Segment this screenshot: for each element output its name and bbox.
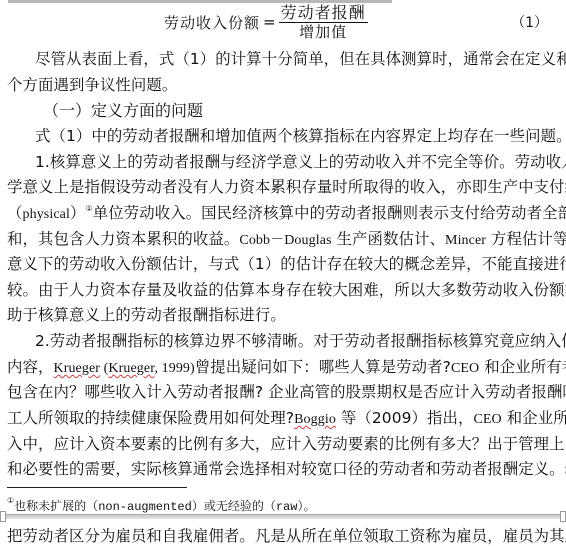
paragraph-line: 式（1）中的劳动者报酬和增加值两个核算指标在内容界定上均存在一些问题。具体是： [35,124,566,146]
paragraph-line: 个方面遇到争议性问题。 [7,73,177,95]
formula-numerator: 劳动者报酬 [279,4,368,23]
labor-share-formula: 劳动收入份额 = 劳动者报酬 增加值 [164,4,368,40]
spellcheck-word-boggio[interactable]: Boggio [294,412,336,427]
text-run: （ [7,204,23,222]
paragraph-line: 和必要性的需要，实际核算通常会选择相对较宽口径的劳动者和劳动者报酬定义。SNA1… [7,457,566,479]
text-run: 曾提出疑问如下：哪些人算是劳动者? [195,358,451,376]
text-run: 和企业所有者的收 [502,409,566,427]
text-run: 内容， [7,358,53,376]
page-break-separator [0,514,566,519]
term-raw: raw [276,500,298,514]
paragraph-line: 把劳动者区分为雇员和自我雇佣者。凡是从所在单位领取工资称为雇员，雇员为其所在单位 [7,524,566,546]
text-run: 和，其包含人力资本累积的收益。 [7,230,239,248]
formula-fraction: 劳动者报酬 增加值 [279,4,368,41]
text-run: 生产函数估计、 [332,230,445,248]
term-ceo: CEO [473,412,501,427]
formula-equals: = [263,13,276,31]
text-run: 工人所领取的持续健康保险费用如何处理? [7,409,294,427]
paragraph-line: 入中，应计入资本要素的比例有多大，应计入劳动要素的比例有多大？出于管理上的便利性 [7,432,566,454]
spellcheck-word-krueger[interactable]: Krueger [53,361,100,376]
paragraph-line: 工人所领取的持续健康保险费用如何处理?Boggio 等（2009）指出，CEO … [7,406,566,428]
text-run: 也称未扩展的（ [14,499,98,513]
paragraph-line: 包含在内？哪些收入计入劳动者报酬? 企业高管的股票期权是否应计入劳动者报酬吗?退… [7,380,566,402]
section-heading: （一）定义方面的问题 [43,98,203,121]
text-run: ）或无经验的（ [192,499,276,513]
footnote-reference[interactable]: ① [85,204,92,213]
formula-denominator: 增加值 [299,23,347,41]
text-run: 和企业所有者是否 [479,358,566,376]
text-run: ） [70,204,86,222]
text-run: 单位劳动收入。国民经济核算中的劳动者报酬则表示支付给劳动者全部收入之 [93,204,566,222]
paragraph-line: 意义下的劳动收入份额估计，与式（1）的估计存在较大的概念差异，不能直接进行结果比 [7,252,566,274]
term-mincer: Mincer [445,233,486,248]
term-cobb-douglas: Cobb－Douglas [239,233,331,248]
footnote-separator [7,487,187,488]
formula-lhs: 劳动收入份额 [164,12,260,33]
text-run: 方程估计等经济学 [486,230,566,248]
text-run: , 1999) [154,361,194,376]
text-run: ）。 [297,499,315,513]
page-margin-marker-right [560,511,566,522]
paragraph-line: 助于核算意义上的劳动者报酬指标进行。 [7,303,286,325]
term-physical: physical [23,207,70,222]
footnote: ①也称未扩展的（non-augmented）或无经验的（raw）。 [7,496,315,514]
paragraph-line: 1.核算意义上的劳动者报酬与经济学意义上的劳动收入并不完全等价。劳动收入在经济 [35,150,566,172]
text-run: 和必要性的需要，实际核算通常会选择相对较宽口径的劳动者和劳动者报酬定义。 [7,460,565,478]
paragraph-line: 学意义上是指假设劳动者没有人力资本累积存量时所取得的收入，亦即生产中支付给体力的 [7,175,566,197]
paragraph-line: （physical）①单位劳动收入。国民经济核算中的劳动者报酬则表示支付给劳动者… [7,201,566,223]
paragraph-line: 尽管从表面上看，式（1）的计算十分简单，但在具体测算时，通常会在定义和数据两 [35,47,566,69]
equation-number: （1） [511,12,548,32]
text-run: 等（2009）指出， [336,409,474,427]
page-margin-marker-left [0,511,6,522]
paragraph-line: 较。由于人力资本存量及收益的估算本身存在较大困难，所以大多数劳动收入份额测算都借 [7,278,566,300]
term-non-augmented: non-augmented [98,500,192,514]
paragraph-line: 2.劳动者报酬指标的核算边界不够清晰。对于劳动者报酬指标核算究竟应纳入什么样的 [35,329,566,351]
term-ceo: CEO [451,361,479,376]
paragraph-line: 和，其包含人力资本累积的收益。Cobb－Douglas 生产函数估计、Mince… [7,227,566,249]
spellcheck-word-krueger[interactable]: Krueger [108,361,154,376]
paragraph-line: 内容，Krueger (Krueger, 1999)曾提出疑问如下：哪些人算是劳… [7,355,566,377]
formula-row: 劳动收入份额 = 劳动者报酬 增加值 （1） [0,4,566,40]
